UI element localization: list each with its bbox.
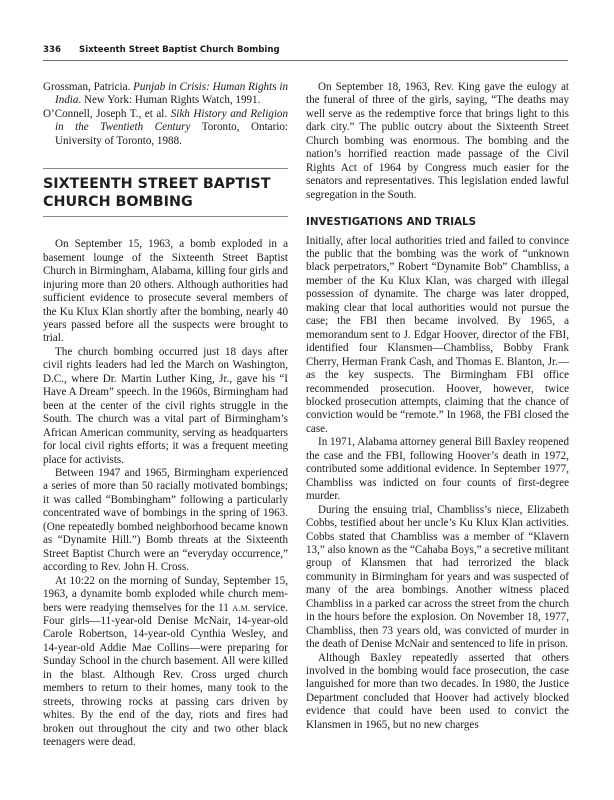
running-head: 336 Sixteenth Street Baptist Church Bomb… — [43, 45, 568, 61]
body-paragraph: The church bombing occurred just 18 days… — [43, 346, 288, 467]
running-head-title: Sixteenth Street Baptist Church Bombing — [79, 45, 280, 55]
body-paragraph: During the ensuing trial, Chambliss’s ni… — [306, 504, 569, 652]
article-title-line: SIXTEENTH STREET BAPTIST — [43, 175, 288, 193]
body-paragraph: On September 18, 1963, Rev. King gave th… — [306, 81, 569, 202]
time-abbreviation: A.M. — [232, 604, 250, 613]
left-column: Grossman, Patricia. Punjab in Crisis: Hu… — [43, 81, 288, 749]
body-paragraph: At 10:22 on the morning of Sunday, Septe… — [43, 575, 288, 750]
right-column: On September 18, 1963, Rev. King gave th… — [306, 81, 569, 732]
reference-entry: O’Connell, Joseph T., et al. Sikh Histor… — [43, 108, 288, 148]
reference-author: O’Connell, Joseph T., et al. — [43, 108, 171, 120]
reference-publication: . New York: Human Rights Watch, 1991. — [78, 94, 260, 106]
body-paragraph: On September 15, 1963, a bomb exploded i… — [43, 238, 288, 346]
body-paragraph: In 1971, Alabama attorney general Bill B… — [306, 436, 569, 503]
reference-author: Grossman, Patricia. — [43, 81, 133, 93]
page-number: 336 — [43, 45, 79, 55]
body-paragraph: Between 1947 and 1965, Birmingham experi… — [43, 467, 288, 575]
article-title: SIXTEENTH STREET BAPTIST CHURCH BOMBING — [43, 168, 288, 217]
section-heading: INVESTIGATIONS AND TRIALS — [306, 216, 569, 229]
reference-entry: Grossman, Patricia. Punjab in Crisis: Hu… — [43, 81, 288, 108]
article-title-line: CHURCH BOMBING — [43, 193, 288, 211]
body-paragraph: Initially, after local authorities tried… — [306, 235, 569, 437]
body-paragraph: Although Baxley repeatedly asserted that… — [306, 652, 569, 733]
